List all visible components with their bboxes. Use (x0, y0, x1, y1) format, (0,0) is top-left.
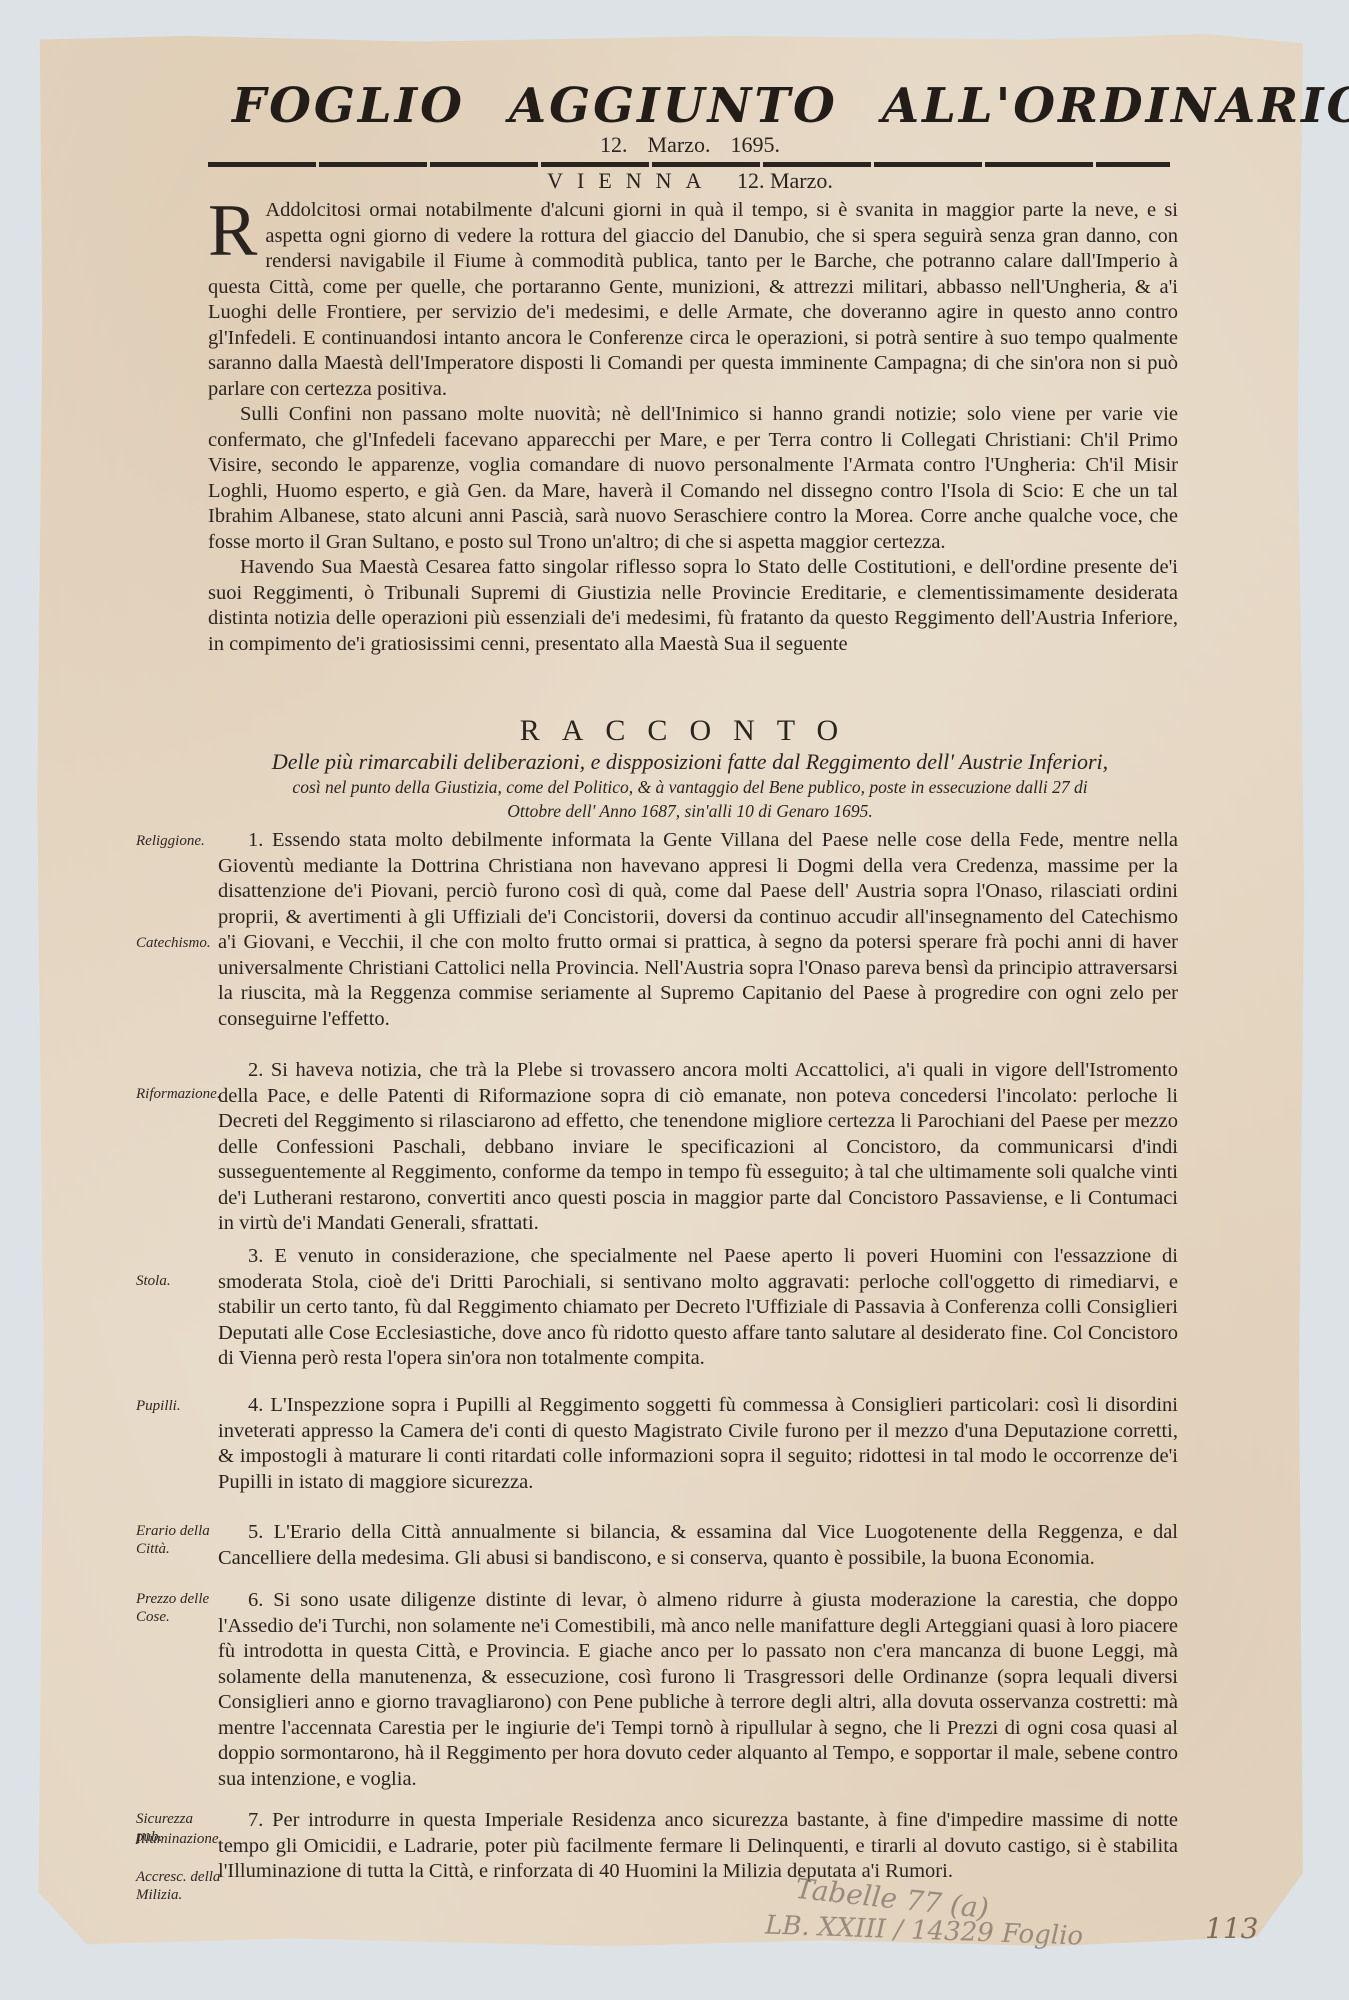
margin-note: Religgione. (136, 832, 222, 850)
racconto-subtitle-line-2: così nel punto della Giustizia, come del… (200, 775, 1180, 823)
paragraph-text: Addolcitosi ormai notabilmente d'alcuni … (208, 199, 1178, 400)
racconto-title: RACCONTO (210, 714, 1170, 748)
issue-year: 1695. (730, 132, 780, 157)
dateline: VIENNA 12. Marzo. (210, 168, 1170, 194)
margin-note: Stola. (136, 1272, 222, 1290)
margin-note: Catechismo. (136, 934, 222, 952)
item-text: 5. L'Erario della Città annualmente si b… (218, 1520, 1178, 1571)
item-text: 7. Per introdurre in questa Imperiale Re… (218, 1808, 1178, 1885)
intro-section: RAddolcitosi ormai notabilmente d'alcuni… (208, 198, 1178, 657)
masthead-word: FOGLIO (232, 78, 465, 134)
masthead-rule (208, 162, 1170, 167)
dateline-month: Marzo. (770, 168, 833, 193)
masthead-title: FOGLIOAGGIUNTOALL'ORDINARIO. (210, 78, 1170, 134)
issue-day: 12. (600, 132, 628, 157)
masthead-word: AGGIUNTO (509, 78, 838, 134)
dateline-day: 12. (737, 168, 765, 193)
intro-paragraph-2: Sulli Confini non passano molte nuovità;… (208, 402, 1178, 555)
racconto-subtitle: Delle più rimarcabili deliberazioni, e d… (200, 748, 1180, 823)
item-5: 5. L'Erario della Città annualmente si b… (218, 1520, 1178, 1571)
issue-date: 12.Marzo.1695. (210, 132, 1170, 158)
margin-note: Prezzo delle Cose. (136, 1590, 222, 1626)
drop-cap: R (208, 202, 257, 260)
item-6: 6. Si sono usate diligenze distinte di l… (218, 1588, 1178, 1792)
intro-paragraph-1: RAddolcitosi ormai notabilmente d'alcuni… (208, 198, 1178, 402)
item-text: 4. L'Inspezzione sopra i Pupilli al Regg… (218, 1393, 1178, 1495)
margin-note: Illuminazione. (136, 1830, 222, 1848)
issue-month: Marzo. (648, 132, 711, 157)
dateline-city: VIENNA (547, 168, 715, 193)
masthead-word: ALL'ORDINARIO. (882, 78, 1349, 134)
margin-note: Riformazione. (136, 1085, 222, 1103)
item-2: 2. Si haveva notizia, che trà la Plebe s… (218, 1058, 1178, 1237)
intro-paragraph-3: Havendo Sua Maestà Cesarea fatto singola… (208, 555, 1178, 657)
item-7: 7. Per introdurre in questa Imperiale Re… (218, 1808, 1178, 1885)
margin-note: Erario della Città. (136, 1522, 222, 1558)
margin-note: Pupilli. (136, 1397, 222, 1415)
item-text: 1. Essendo stata molto debilmente inform… (218, 828, 1178, 1032)
item-1: 1. Essendo stata molto debilmente inform… (218, 828, 1178, 1032)
racconto-subtitle-line-1: Delle più rimarcabili deliberazioni, e d… (200, 748, 1180, 775)
item-3: 3. E venuto in considerazione, che speci… (218, 1244, 1178, 1372)
item-text: 3. E venuto in considerazione, che speci… (218, 1244, 1178, 1372)
item-text: 6. Si sono usate diligenze distinte di l… (218, 1588, 1178, 1792)
item-4: 4. L'Inspezzione sopra i Pupilli al Regg… (218, 1393, 1178, 1495)
item-text: 2. Si haveva notizia, che trà la Plebe s… (218, 1058, 1178, 1237)
margin-note: Accresc. della Milizia. (136, 1868, 222, 1904)
handwritten-page-number: 113 (1205, 1912, 1258, 1945)
